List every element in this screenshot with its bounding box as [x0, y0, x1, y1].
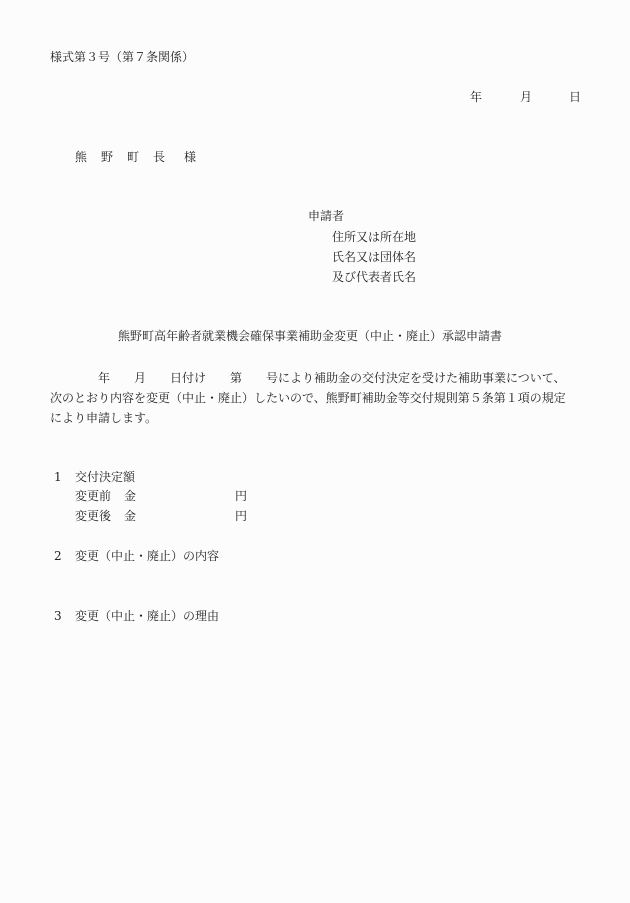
applicant-representative-label: 及び代表者氏名 [332, 270, 416, 284]
body-line-2: 次のとおり内容を変更（中止・廃止）したいので、熊野町補助金等交付規則第５条第１項… [50, 391, 566, 405]
amount-before-unit: 円 [235, 489, 247, 503]
amount-after-label: 変更後 [75, 509, 111, 523]
section-3-number: 3 [54, 609, 62, 623]
body-line-1: 年 月 日付け 第 号により補助金の交付決定を受けた補助事業について、 [50, 371, 566, 385]
section-1-heading: 交付決定額 [75, 470, 135, 484]
amount-after-unit: 円 [235, 509, 247, 523]
section-2-heading: 変更（中止・廃止）の内容 [75, 549, 219, 563]
date-day-label: 日 [569, 90, 581, 104]
form-number: 様式第３号（第７条関係） [50, 50, 194, 64]
body-line-3: により申請します。 [50, 411, 157, 425]
addressee-name: 熊 野 町 長 [75, 150, 166, 164]
date-month-label: 月 [520, 90, 532, 104]
document-title: 熊野町高年齢者就業機会確保事業補助金変更（中止・廃止）承認申請書 [118, 329, 502, 343]
addressee-honorific: 様 [184, 150, 196, 164]
date-year-label: 年 [470, 90, 482, 104]
applicant-name-label: 氏名又は団体名 [332, 250, 416, 264]
applicant-address-label: 住所又は所在地 [332, 230, 416, 244]
section-2-number: 2 [54, 549, 62, 563]
amount-before-prefix: 金 [124, 489, 136, 503]
section-3-heading: 変更（中止・廃止）の理由 [75, 609, 219, 623]
amount-after-prefix: 金 [124, 509, 136, 523]
applicant-heading: 申請者 [308, 209, 344, 223]
amount-before-label: 変更前 [75, 489, 111, 503]
section-1-number: 1 [54, 470, 62, 484]
